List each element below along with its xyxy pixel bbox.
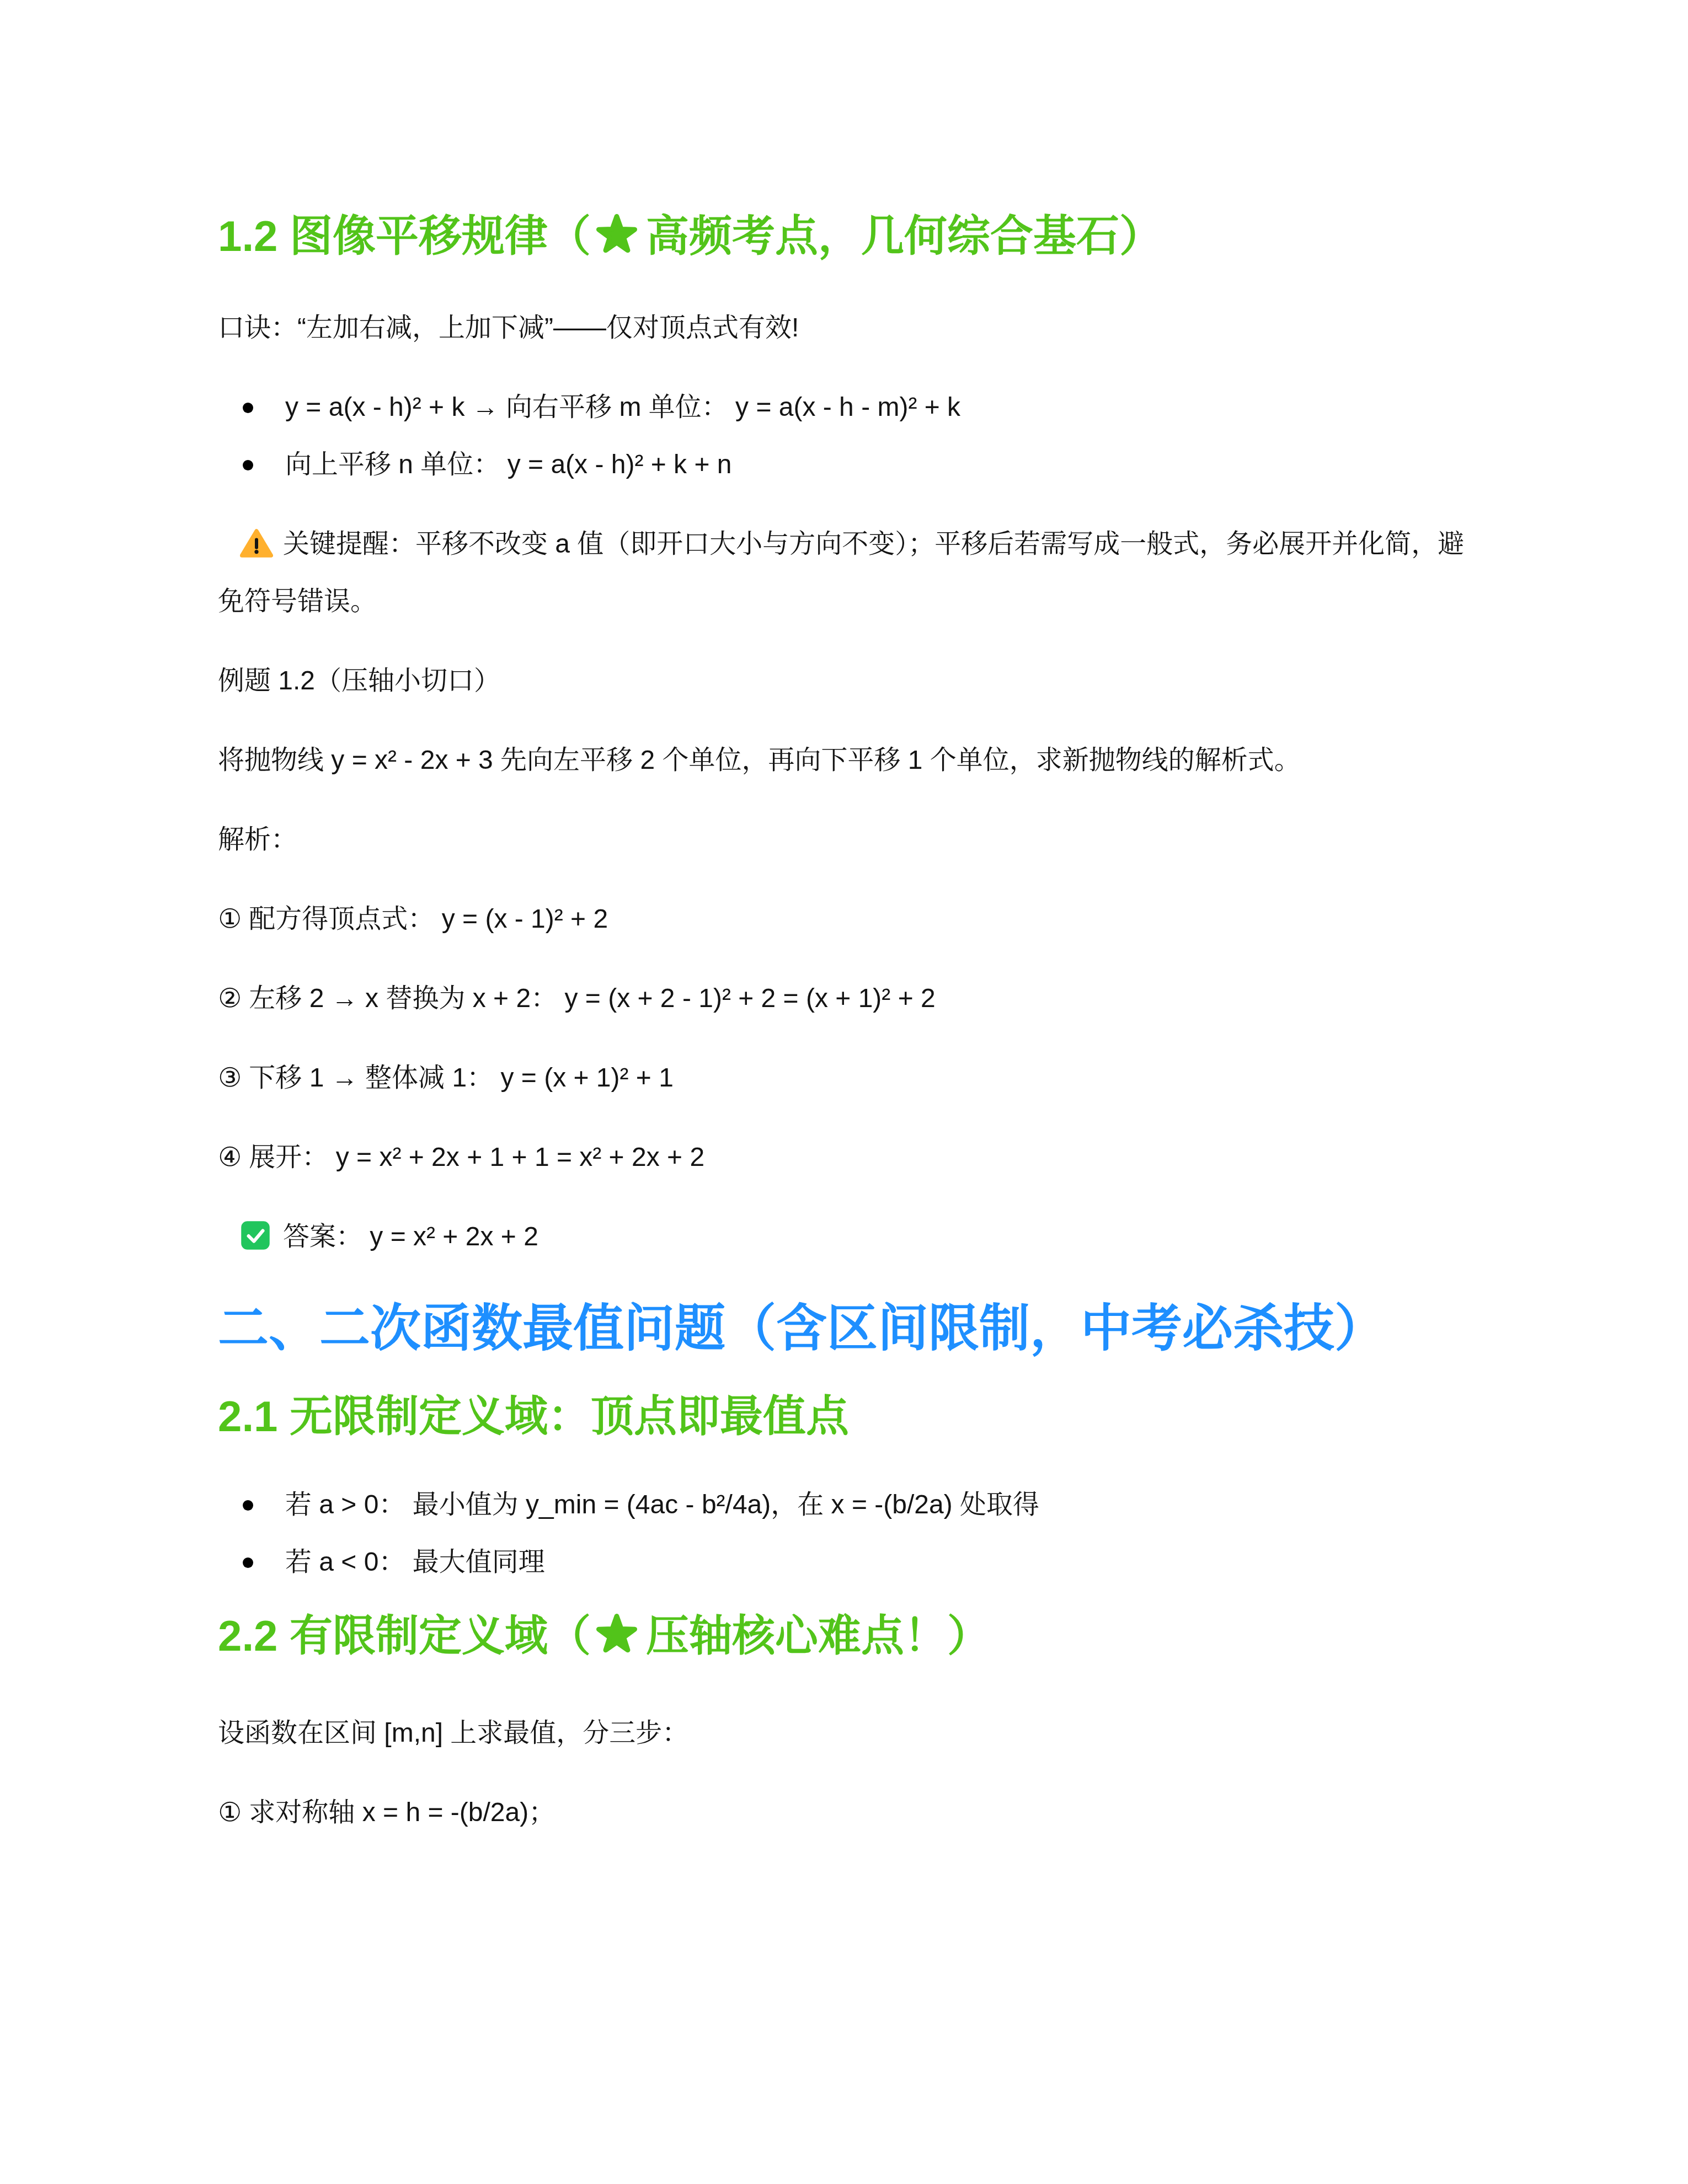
section-heading-2: 二、二次函数最值问题（含区间限制，中考必杀技） (218, 1301, 1473, 1356)
section-heading-2-1: 2.1 无限制定义域：顶点即最值点 (218, 1391, 1473, 1441)
mnemonic-line: 口诀：“左加右减，上加下减”——仅对顶点式有效! (218, 299, 1473, 357)
section-heading-2-2: 2.2 有限制定义域（压轴核心难点！） (218, 1611, 1473, 1661)
heading-text-pre: 2.2 有限制定义域（ (218, 1612, 591, 1660)
list-item: 若 a < 0： 最大值同理 (218, 1534, 1473, 1591)
warning-icon (240, 528, 273, 558)
example-body: 将抛物线 y = x² - 2x + 3 先向左平移 2 个单位，再向下平移 1… (218, 732, 1473, 789)
answer-line: 答案： y = x² + 2x + 2 (218, 1208, 1473, 1266)
answer-text: 答案： y = x² + 2x + 2 (283, 1222, 538, 1251)
interval-intro: 设函数在区间 [m,n] 上求最值，分三步： (218, 1705, 1473, 1762)
translation-rules-list: y = a(x - h)² + k → 向右平移 m 单位： y = a(x -… (218, 379, 1473, 494)
heading-text-post: 高频考点，几何综合基石） (646, 212, 1162, 260)
warning-note: 关键提醒：平移不改变 a 值（即开口大小与方向不变）；平移后若需写成一般式，务必… (218, 516, 1473, 630)
document-page: 1.2 图像平移规律（高频考点，几何综合基石） 口诀：“左加右减，上加下减”——… (0, 0, 1688, 1842)
heading-text-post: 压轴核心难点！） (646, 1612, 990, 1660)
list-item: 若 a > 0： 最小值为 y_min = (4ac - b²/4a)，在 x … (218, 1476, 1473, 1534)
check-icon (240, 1220, 271, 1251)
solution-step-4: ④ 展开： y = x² + 2x + 1 + 1 = x² + 2x + 2 (218, 1129, 1473, 1186)
extremum-rules-list: 若 a > 0： 最小值为 y_min = (4ac - b²/4a)，在 x … (218, 1476, 1473, 1591)
star-icon (596, 214, 637, 255)
solution-step-1: ① 配方得顶点式： y = (x - 1)² + 2 (218, 891, 1473, 948)
star-icon (596, 1614, 637, 1655)
list-item: 向上平移 n 单位： y = a(x - h)² + k + n (218, 436, 1473, 494)
interval-step-1: ① 求对称轴 x = h = -(b/2a)； (218, 1784, 1473, 1842)
list-item: y = a(x - h)² + k → 向右平移 m 单位： y = a(x -… (218, 379, 1473, 436)
analysis-label: 解析： (218, 811, 1473, 869)
warning-text: 关键提醒：平移不改变 a 值（即开口大小与方向不变）；平移后若需写成一般式，务必… (218, 529, 1464, 616)
section-heading-1-2: 1.2 图像平移规律（高频考点，几何综合基石） (218, 211, 1473, 261)
solution-step-2: ② 左移 2 → x 替换为 x + 2： y = (x + 2 - 1)² +… (218, 970, 1473, 1027)
solution-step-3: ③ 下移 1 → 整体减 1： y = (x + 1)² + 1 (218, 1050, 1473, 1107)
example-title: 例题 1.2（压轴小切口） (218, 652, 1473, 710)
heading-text-pre: 1.2 图像平移规律（ (218, 212, 591, 260)
